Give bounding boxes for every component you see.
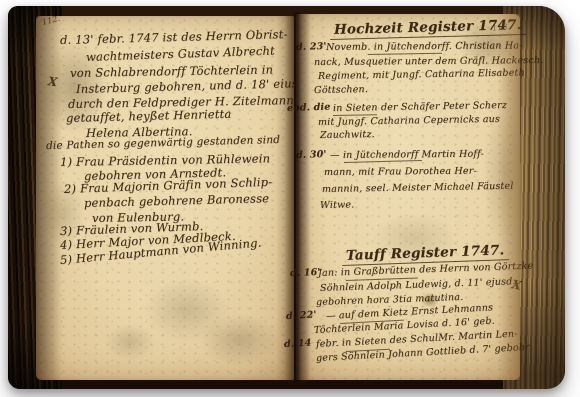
page-stain <box>124 264 249 356</box>
manuscript-line: Söhnlein Adolph Ludewig, d. 11' ejusd. <box>320 276 516 294</box>
left-margin-cross-mark: X <box>47 74 58 89</box>
manuscript-line: Göttschen. <box>314 84 368 96</box>
fore-edge-mark: 150 <box>536 357 550 366</box>
photo-background: 112. X d. 13' febr. 1747 ist des Herrn O… <box>0 0 580 397</box>
margin-date: d. 14 <box>284 338 312 350</box>
manuscript-line: Zauchwitz. <box>320 129 375 141</box>
manuscript-line: getauffet, heyßet Henrietta <box>66 107 232 125</box>
manuscript-line: in Sieten der Schäfer Peter Scherz <box>333 100 507 114</box>
manuscript-line: wachtmeisters Gustav Albrecht <box>86 43 275 64</box>
open-register-book: 112. X d. 13' febr. 1747 ist des Herrn O… <box>8 6 565 389</box>
margin-date: d. 23' <box>296 41 327 53</box>
right-page: 113. Hochzeit Register 1747. d. 23' Nove… <box>296 14 520 380</box>
page-stain <box>94 316 166 368</box>
page-stain <box>184 304 296 376</box>
margin-date: eod. die <box>287 101 331 114</box>
margin-date: d. 16' <box>290 267 321 279</box>
margin-date: d. 30' <box>296 149 327 161</box>
manuscript-line: Witwe. <box>320 199 355 211</box>
manuscript-line: nack, Musquetier unter dem Gräfl. Hackes… <box>314 55 544 68</box>
left-page-number: 112. <box>41 14 61 27</box>
ink-underline <box>368 53 442 56</box>
manuscript-line: Regiment, mit Jungf. Catharina Elisabeth <box>318 67 525 82</box>
manuscript-line: mann, mit Frau Dorothea Her- <box>324 166 477 178</box>
marriage-register-heading: Hochzeit Register 1747. <box>330 17 526 40</box>
fore-edge-mark: 6 <box>546 332 551 340</box>
manuscript-line: die Pathen so gegenwärtig gestanden sind <box>46 134 280 152</box>
manuscript-line: Novemb. in Jütchendorff. Christian Ha- <box>326 40 523 53</box>
left-page: 112. X d. 13' febr. 1747 ist des Herrn O… <box>36 16 294 380</box>
manuscript-line: mannin, seel. Meister Michael Fäustel <box>322 181 514 195</box>
margin-date: d. 22' <box>286 309 317 322</box>
manuscript-line: — in Jütchendorff Martin Hoff- <box>330 149 484 161</box>
